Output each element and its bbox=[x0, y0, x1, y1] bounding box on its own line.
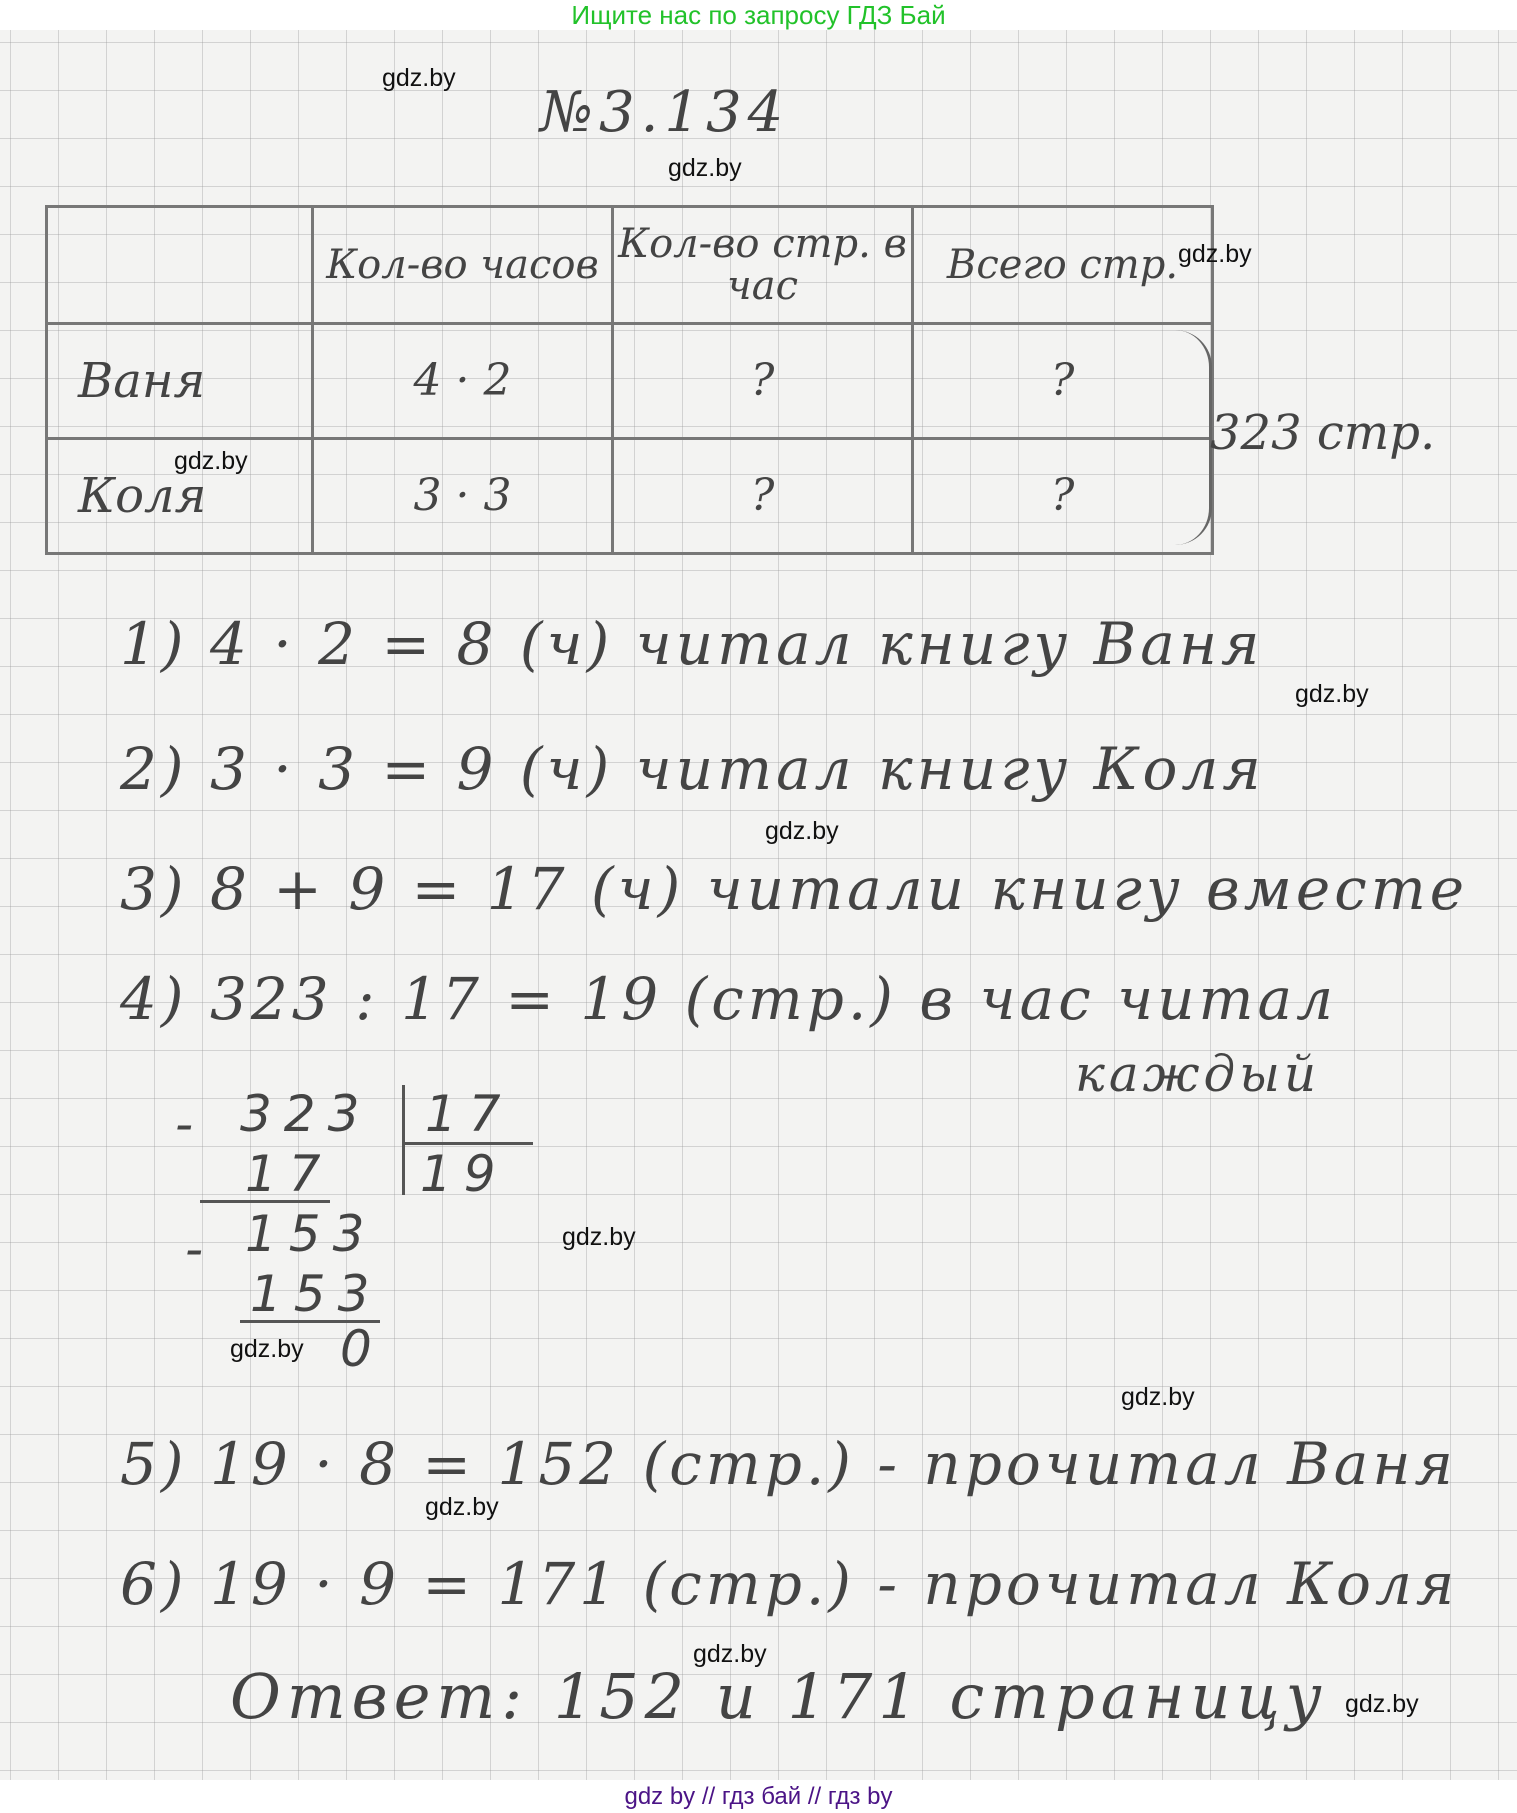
row-hours: 3 · 3 bbox=[313, 439, 613, 554]
minus-sign: - bbox=[175, 1095, 205, 1153]
solution-step-continuation: каждый bbox=[1075, 1045, 1320, 1103]
row-name: Ваня bbox=[47, 324, 313, 439]
watermark: gdz.by bbox=[693, 1640, 767, 1669]
problem-number: №3.134 bbox=[540, 80, 789, 145]
subtraction-line bbox=[200, 1200, 330, 1203]
solution-step: 2) 3 · 3 = 9 (ч) читал книгу Коля bbox=[120, 735, 1265, 803]
curly-brace-icon bbox=[1175, 330, 1212, 545]
row-total-pages: ? bbox=[913, 324, 1213, 439]
header-hours: Кол-во часов bbox=[313, 207, 613, 324]
total-pages-label: 323 стр. bbox=[1210, 405, 1435, 461]
answer: Ответ: 152 и 171 страницу bbox=[230, 1660, 1328, 1733]
quotient: 19 bbox=[420, 1145, 508, 1203]
solution-step: 5) 19 · 8 = 152 (стр.) - прочитал Ваня bbox=[120, 1430, 1457, 1498]
solution-step: 4) 323 : 17 = 19 (стр.) в час читал bbox=[120, 965, 1337, 1033]
table-header-row: Кол-во часов Кол-во стр. в час Всего стр… bbox=[47, 207, 1213, 324]
header-total-pages: Всего стр. bbox=[913, 207, 1213, 324]
divisor: 17 bbox=[425, 1085, 513, 1143]
watermark: gdz.by bbox=[765, 817, 839, 846]
first-remainder: 153 bbox=[245, 1205, 376, 1263]
second-subtrahend: 153 bbox=[250, 1265, 381, 1323]
minus-sign: - bbox=[185, 1220, 215, 1278]
header-pages-per-hour: Кол-во стр. в час bbox=[613, 207, 913, 324]
division-bracket bbox=[402, 1085, 405, 1195]
watermark: gdz.by bbox=[230, 1335, 304, 1364]
bottom-banner: gdz by // гдз бай // гдз by bbox=[0, 1780, 1517, 1813]
watermark: gdz.by bbox=[668, 154, 742, 183]
table-row: Ваня 4 · 2 ? ? bbox=[47, 324, 1213, 439]
top-banner: Ищите нас по запросу ГДЗ Бай bbox=[0, 0, 1517, 30]
watermark: gdz.by bbox=[1178, 240, 1252, 269]
watermark: gdz.by bbox=[382, 64, 456, 93]
watermark: gdz.by bbox=[1295, 680, 1369, 709]
first-subtrahend: 17 bbox=[245, 1145, 333, 1203]
row-total-pages: ? bbox=[913, 439, 1213, 554]
row-pages-per-hour: ? bbox=[613, 324, 913, 439]
header-cell bbox=[47, 207, 313, 324]
task-table: Кол-во часов Кол-во стр. в час Всего стр… bbox=[45, 205, 1214, 555]
watermark: gdz.by bbox=[174, 447, 248, 476]
remainder: 0 bbox=[340, 1320, 384, 1378]
dividend: 323 bbox=[240, 1085, 371, 1143]
watermark: gdz.by bbox=[1345, 1690, 1419, 1719]
watermark: gdz.by bbox=[562, 1223, 636, 1252]
row-pages-per-hour: ? bbox=[613, 439, 913, 554]
solution-step: 1) 4 · 2 = 8 (ч) читал книгу Ваня bbox=[120, 610, 1263, 678]
solution-step: 3) 8 + 9 = 17 (ч) читали книгу вместе bbox=[120, 855, 1468, 923]
watermark: gdz.by bbox=[425, 1493, 499, 1522]
watermark: gdz.by bbox=[1121, 1383, 1195, 1412]
row-hours: 4 · 2 bbox=[313, 324, 613, 439]
solution-step: 6) 19 · 9 = 171 (стр.) - прочитал Коля bbox=[120, 1550, 1458, 1618]
